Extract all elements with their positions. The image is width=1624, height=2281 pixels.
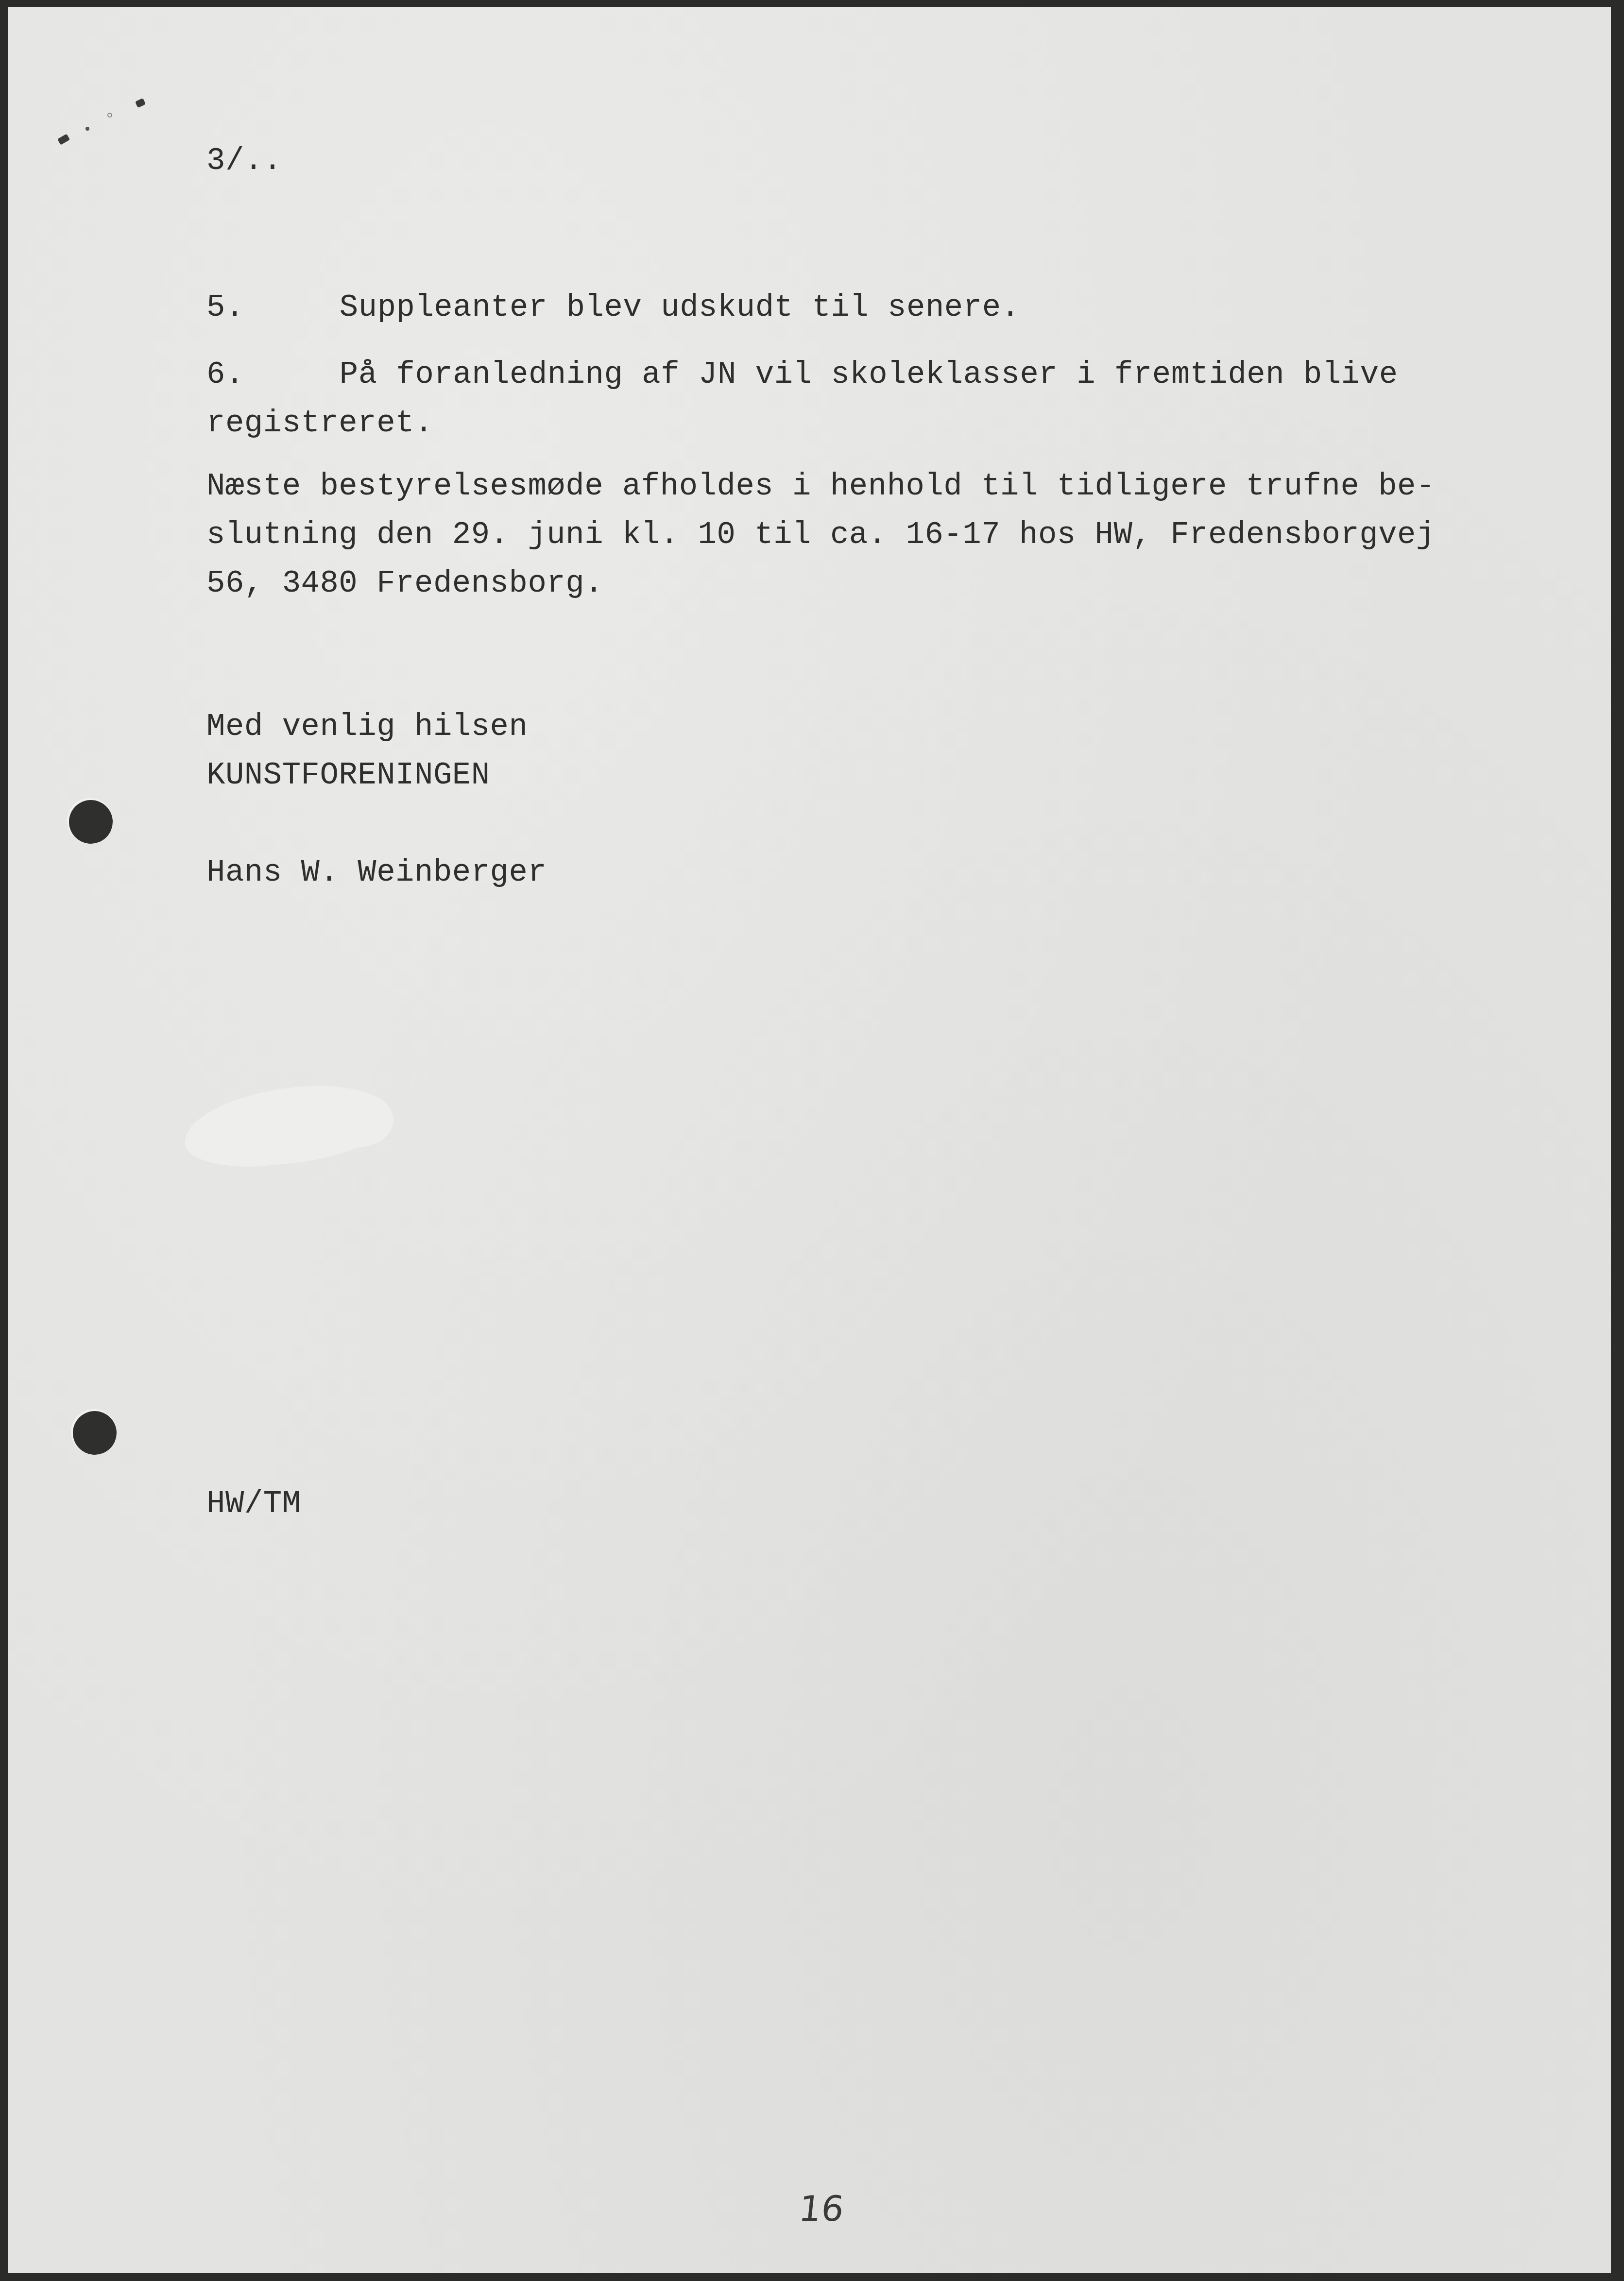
handwritten-page-number: 16 (797, 2188, 846, 2229)
item-5: 5.Suppleanter blev udskudt til senere. (206, 292, 1020, 323)
item-5-text: Suppleanter blev udskudt til senere. (340, 290, 1020, 325)
next-meeting-line-2: slutning den 29. juni kl. 10 til ca. 16-… (206, 520, 1435, 551)
item-5-number: 5. (206, 290, 244, 325)
item-6: 6.På foranledning af JN vil skoleklasser… (206, 359, 1398, 391)
item-6-text: På foranledning af JN vil skoleklasser i… (340, 357, 1398, 392)
punch-hole-upper (69, 800, 113, 844)
next-meeting-line-3: 56, 3480 Fredensborg. (206, 568, 603, 599)
item-6-continuation: registreret. (206, 408, 433, 439)
page-marker: 3/.. (206, 146, 282, 177)
correction-fluid-mark-right (316, 1092, 393, 1148)
signatory-name: Hans W. Weinberger (206, 857, 547, 888)
closing-greeting: Med venlig hilsen (206, 712, 528, 743)
next-meeting-line-1: Næste bestyrelsesmøde afholdes i henhold… (206, 471, 1435, 502)
staple-marks (58, 97, 155, 151)
organization-name: KUNSTFORENINGEN (206, 760, 490, 791)
item-6-number: 6. (206, 357, 244, 392)
reference-initials: HW/TM (206, 1489, 301, 1520)
punch-hole-lower (73, 1411, 117, 1455)
